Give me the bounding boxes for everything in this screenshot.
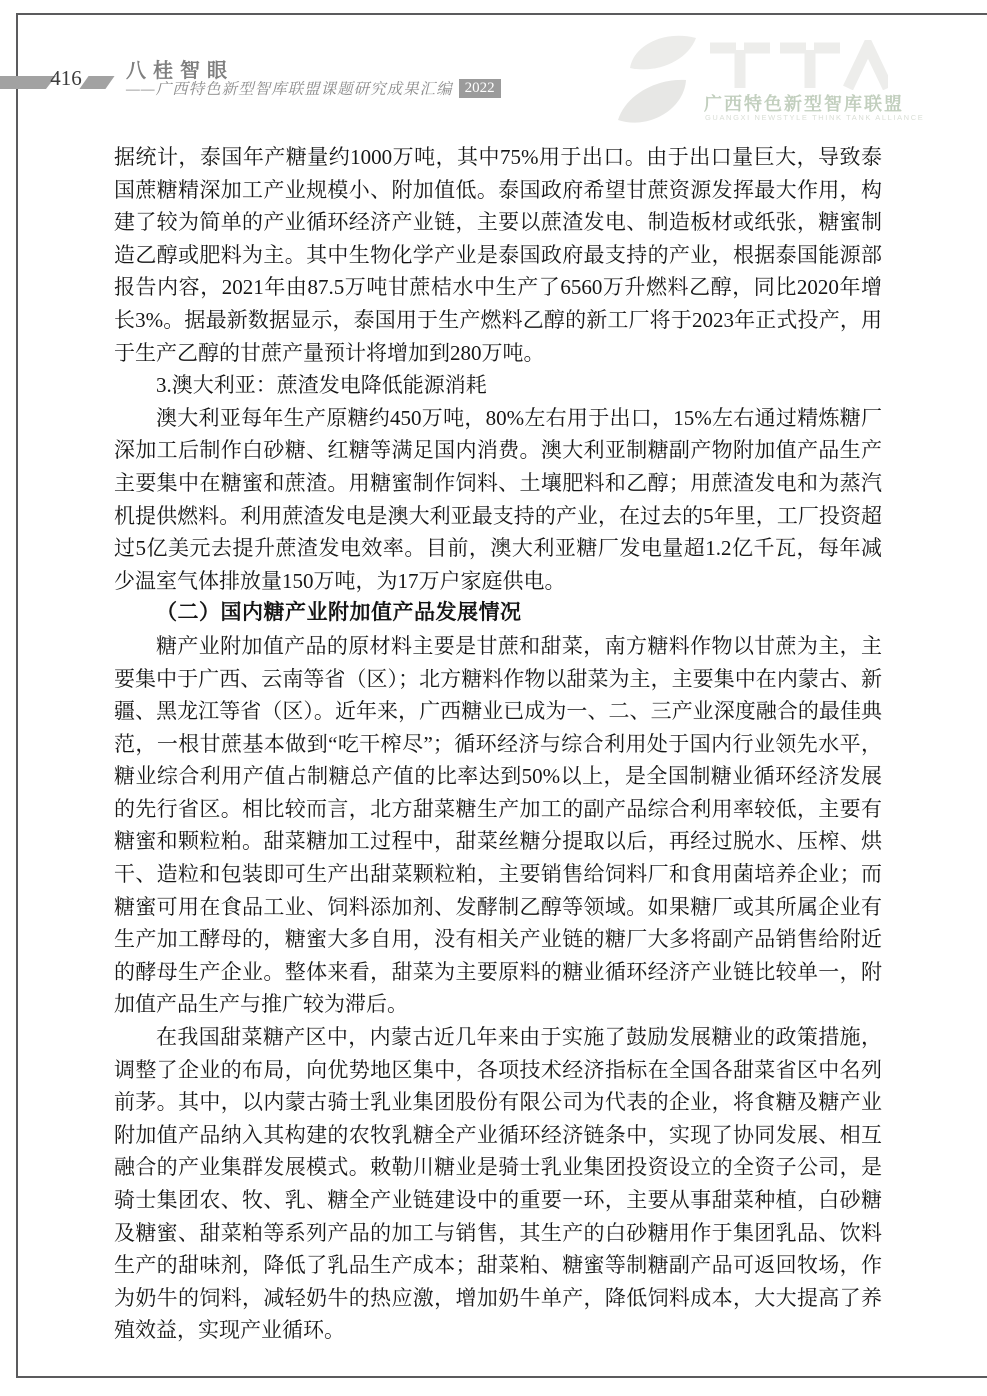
page-number-band [0, 76, 46, 89]
page-border-top [16, 13, 987, 15]
heading-domestic-sugar: （二）国内糖产业附加值产品发展情况 [114, 597, 882, 630]
paragraph-inner-mongolia: 在我国甜菜糖产区中，内蒙古近几年来由于实施了鼓励发展糖业的政策措施，调整了企业的… [114, 1021, 882, 1347]
page-border-bottom [16, 1376, 987, 1378]
paragraph-thailand: 据统计，泰国年产糖量约1000万吨，其中75%用于出口。由于出口量巨大，导致泰国… [114, 141, 882, 369]
page-number: 416 [48, 66, 84, 91]
alliance-logo-watermark: 广西特色新型智库联盟 GUANGXI NEWSTYLE THINK TANK A… [600, 22, 900, 132]
header-parallelogram [79, 76, 114, 89]
page-border-left [16, 13, 18, 1378]
page-body: 据统计，泰国年产糖量约1000万吨，其中75%用于出口。由于出口量巨大，导致泰国… [114, 141, 882, 1347]
series-subtitle: ——广西特色新型智库联盟课题研究成果汇编 [126, 77, 453, 99]
logo-name-en: GUANGXI NEWSTYLE THINK TANK ALLIANCE [705, 113, 895, 122]
heading-australia: 3.澳大利亚：蔗渣发电降低能源消耗 [114, 369, 882, 402]
book-page: { "page_number": "416", "header": { "tit… [0, 0, 987, 1396]
series-subtitle-row: ——广西特色新型智库联盟课题研究成果汇编 2022 [126, 77, 501, 99]
logo-swoosh-icon [608, 28, 708, 132]
paragraph-australia: 澳大利亚每年生产原糖约450万吨，80%左右用于出口，15%左右通过精炼糖厂深加… [114, 402, 882, 598]
year-badge: 2022 [459, 79, 501, 98]
paragraph-domestic-sugar: 糖产业附加值产品的原材料主要是甘蔗和甜菜，南方糖料作物以甘蔗为主，主要集中于广西… [114, 630, 882, 1021]
logo-tta-letters [708, 40, 888, 90]
